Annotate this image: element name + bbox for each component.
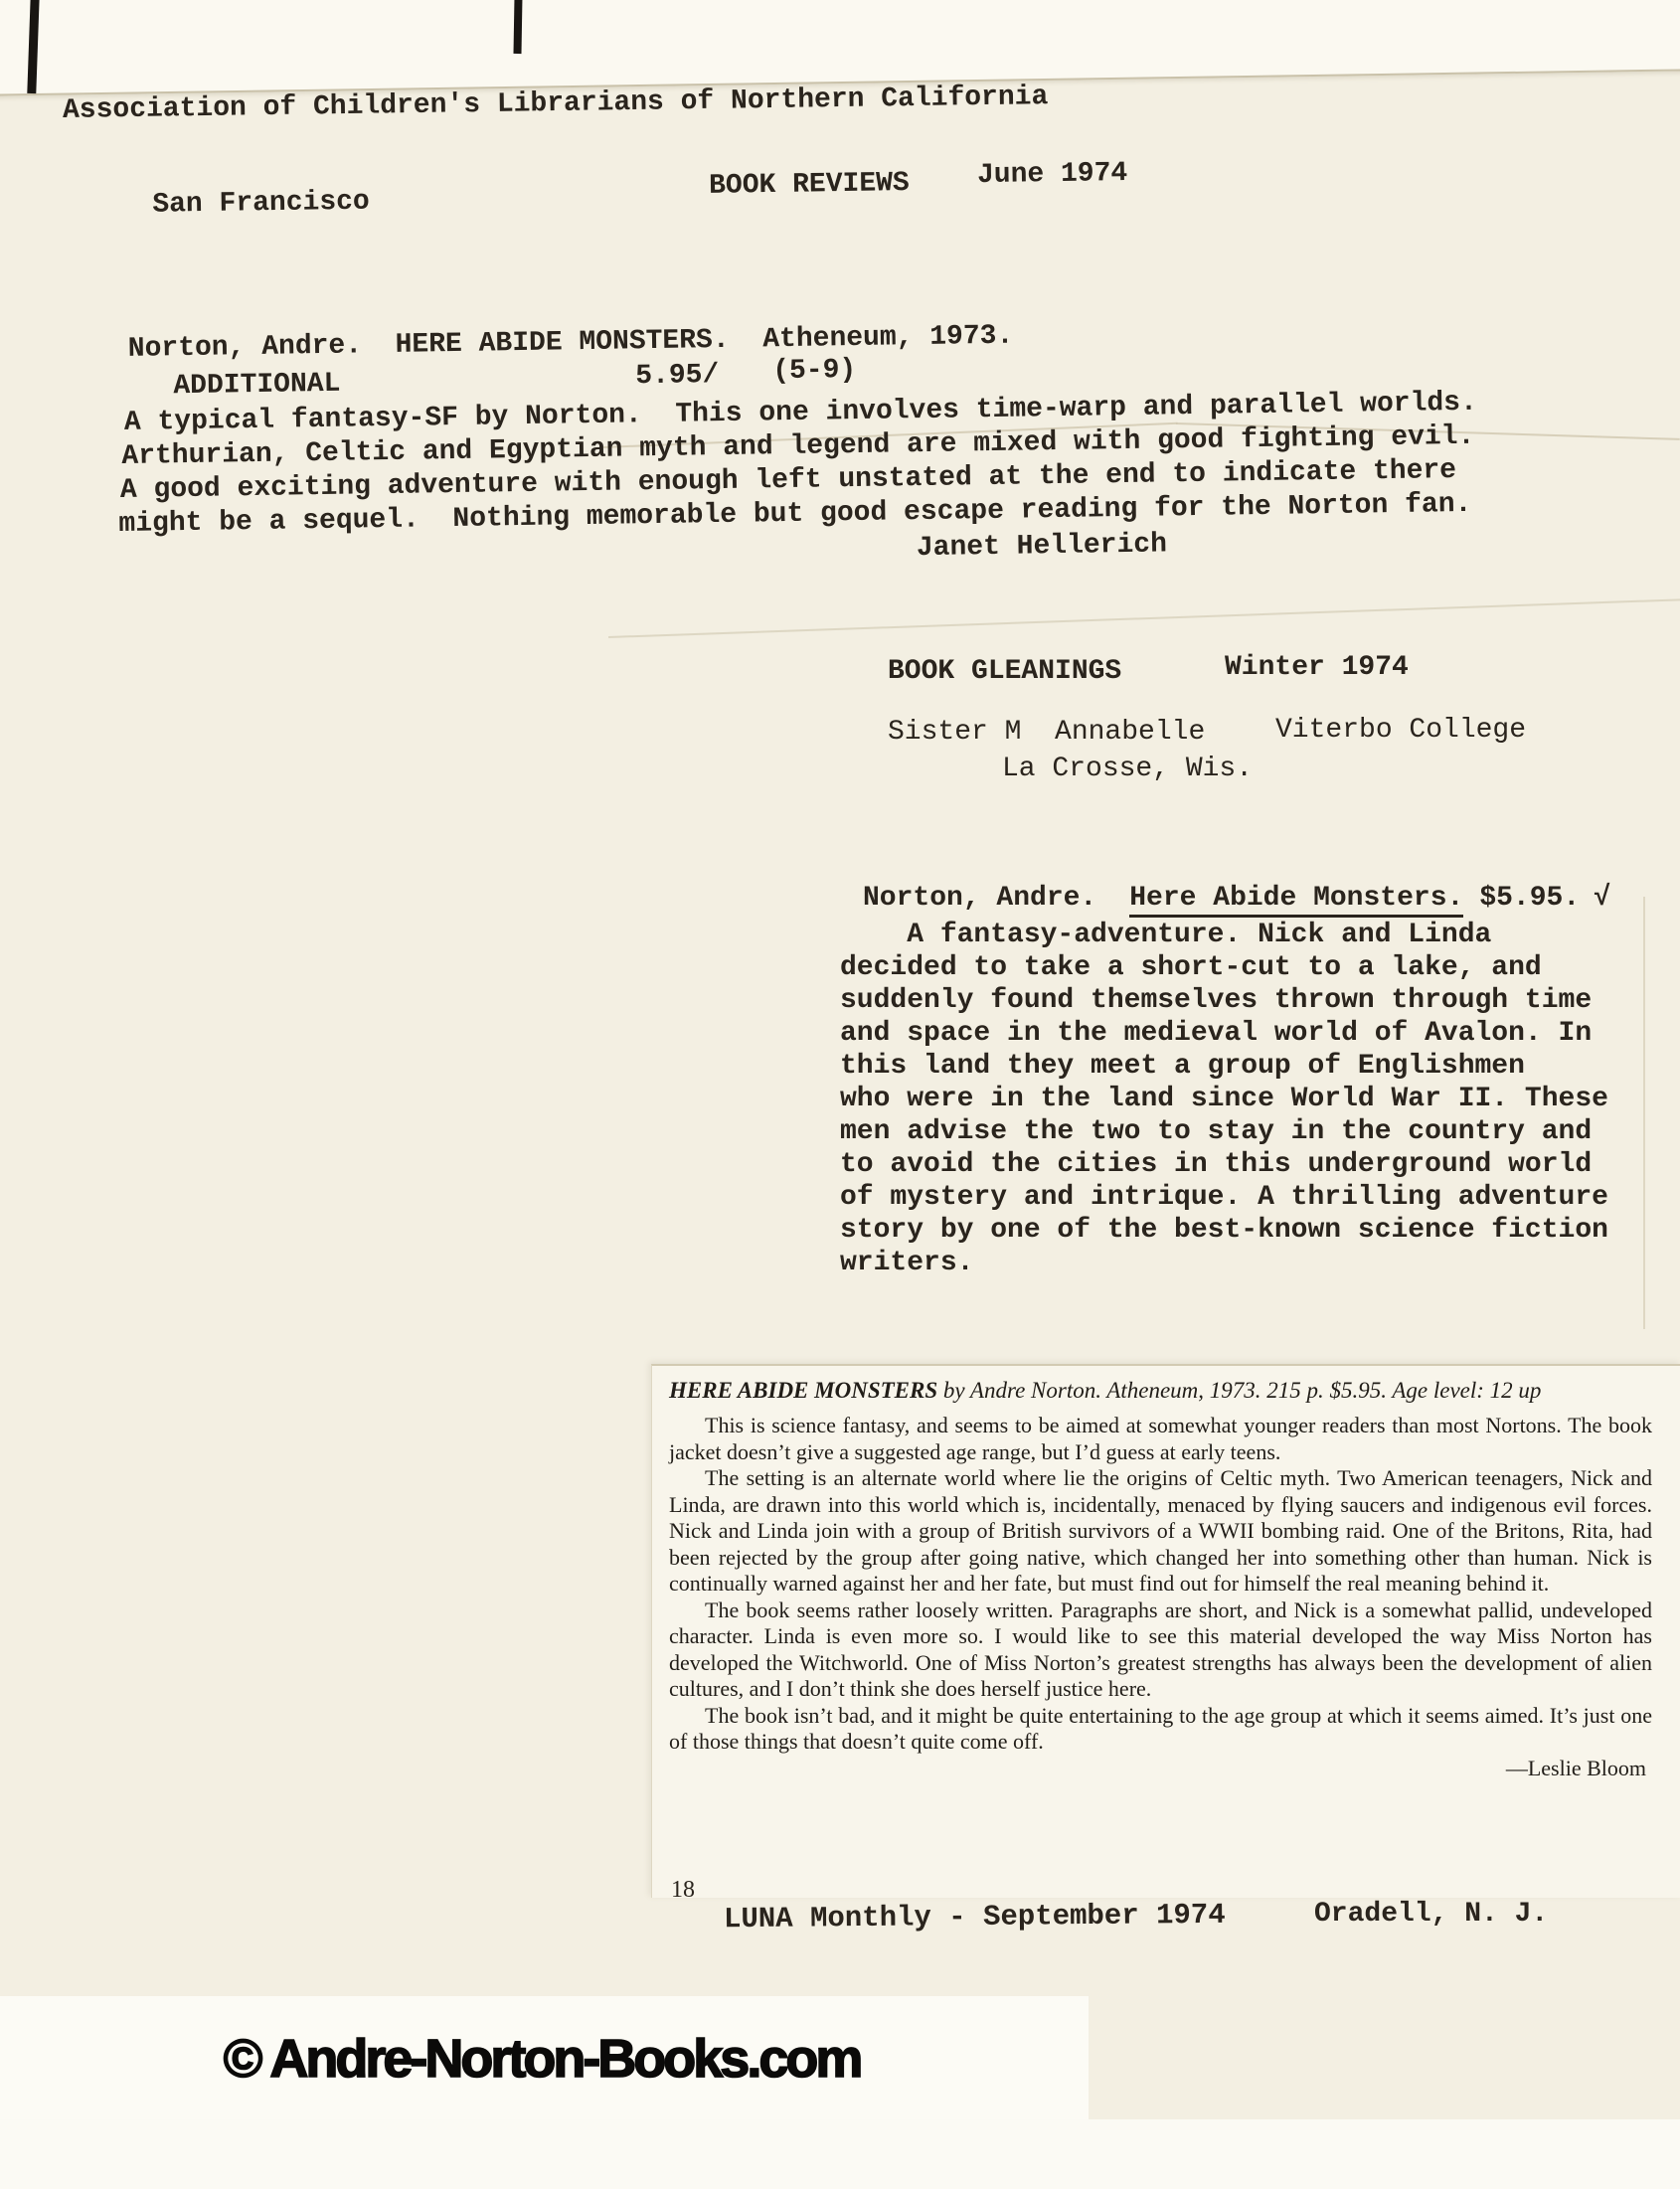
gleanings-citation: Norton, Andre.Here Abide Monsters.$5.95.… [863,883,1610,915]
luna-paragraph: This is science fantasy, and seems to be… [669,1413,1652,1465]
luna-paragraph: The setting is an alternate world where … [669,1465,1652,1598]
luna-byline: —Leslie Bloom [669,1756,1652,1781]
gleanings-reviewer: Sister M Annabelle [888,717,1205,749]
citation-book-title: Here Abide Monsters. [1129,883,1463,918]
watermark-text: © Andre-Norton-Books.com [174,2028,910,2090]
gleanings-affiliation: Viterbo College [1275,715,1526,747]
paper-seam [1643,897,1645,1329]
paper-seam [608,598,1680,638]
gleanings-line: story by one of the best-known science f… [840,1215,1608,1247]
page-number: 18 [671,1877,695,1905]
reviewer-name: Janet Hellerich [917,529,1167,565]
gleanings-issue: Winter 1974 [1225,652,1409,684]
gleanings-location: La Crosse, Wis. [1002,754,1253,785]
gleanings-line: writers. [840,1248,973,1279]
luna-review-clipping: HERE ABIDE MONSTERS by Andre Norton. Ath… [651,1364,1680,1781]
luna-paragraph: The book isn’t bad, and it might be quit… [669,1703,1652,1756]
checkmark-icon: √ [1594,883,1610,914]
gleanings-line: and space in the medieval world of Avalo… [840,1018,1592,1050]
gleanings-line: decided to take a short-cut to a lake, a… [840,952,1542,984]
review-citation: Norton, Andre. HERE ABIDE MONSTERS. Athe… [128,321,1014,366]
luna-paragraph: The book seems rather loosely written. P… [669,1598,1652,1703]
gleanings-line: who were in the land since World War II.… [840,1084,1608,1115]
luna-book-title: HERE ABIDE MONSTERS [669,1378,937,1403]
review-price: 5.95/ [635,360,719,393]
bottom-edge [0,2119,1680,2189]
luna-heading-rest: by Andre Norton. Atheneum, 1973. 215 p. … [943,1378,1542,1403]
review-category: ADDITIONAL [173,369,340,404]
acl-review-clipping: Norton, Andre. HERE ABIDE MONSTERS. Athe… [0,0,1680,598]
luna-source-location: Oradell, N. J. [1314,1899,1548,1931]
gleanings-line: men advise the two to stay in the countr… [840,1116,1592,1148]
gleanings-line: this land they meet a group of Englishme… [840,1051,1525,1083]
gleanings-line: A fantasy-adventure. Nick and Linda [840,920,1491,951]
citation-author: Norton, Andre. [863,883,1096,914]
review-age-range: (5-9) [772,355,856,388]
gleanings-masthead: BOOK GLEANINGS [888,656,1121,688]
citation-price: $5.95. [1479,883,1580,914]
gleanings-line: of mystery and intrique. A thrilling adv… [840,1182,1608,1214]
scanned-document-page: Association of Children's Librarians of … [0,0,1680,2189]
luna-review-heading: HERE ABIDE MONSTERS by Andre Norton. Ath… [669,1378,1559,1404]
gleanings-line: to avoid the cities in this underground … [840,1149,1592,1181]
gleanings-line: suddenly found themselves thrown through… [840,985,1592,1017]
luna-source: LUNA Monthly - September 1974 [724,1899,1226,1936]
